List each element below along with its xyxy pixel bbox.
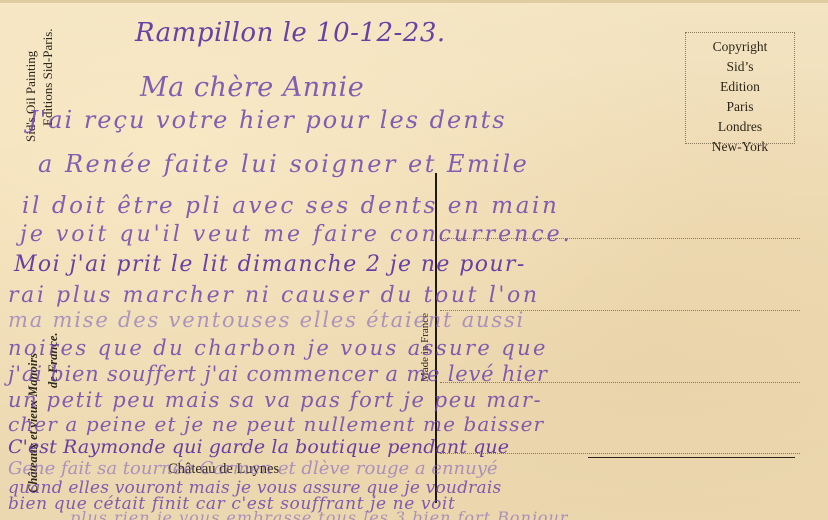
stamp-line: Londres xyxy=(718,117,762,137)
postcard-back: Copyright Sid’s Edition Paris Londres Ne… xyxy=(0,0,828,520)
handwritten-line: Ma chère Annie xyxy=(140,72,364,103)
handwritten-line: ma mise des ventouses elles étaient auss… xyxy=(8,308,525,332)
handwritten-line: je voit qu'il veut me faire concurrence. xyxy=(20,222,573,247)
handwritten-line: un petit peu mais sa va pas fort je peu … xyxy=(8,388,542,412)
handwritten-line: j'ai bien souffert j'ai commencer a me l… xyxy=(8,362,548,386)
handwritten-line: Moi j'ai prit le lit dimanche 2 je ne po… xyxy=(14,252,526,277)
handwritten-header: Rampillon le 10-12-23. xyxy=(135,18,446,48)
stamp-line: Sid’s xyxy=(726,57,753,77)
handwritten-line: cher a peine et je ne peut nullement me … xyxy=(8,412,544,436)
stamp-line: Edition xyxy=(720,77,760,97)
handwritten-line: plus rien je vous embrasse tous les 3 bi… xyxy=(70,508,568,520)
stamp-line: Paris xyxy=(727,97,754,117)
handwritten-line: il doit être pli avec ses dents en main xyxy=(22,193,559,219)
stamp-line: New-York xyxy=(712,137,768,157)
handwritten-line: rai plus marcher ni causer du tout l'on xyxy=(8,283,540,308)
handwritten-line: J'ai reçu votre hier pour les dents xyxy=(28,106,507,134)
handwritten-line: a Renée faite lui soigner et Emile xyxy=(38,150,529,178)
address-underline xyxy=(588,457,795,458)
handwritten-line: C'est Raymonde qui garde la boutique pen… xyxy=(8,436,509,458)
handwritten-line: Gene fait sa tournée Carmen et dlève rou… xyxy=(8,458,498,479)
stamp-box: Copyright Sid’s Edition Paris Londres Ne… xyxy=(685,32,795,144)
stamp-line: Copyright xyxy=(713,37,768,57)
card-edge xyxy=(0,0,828,3)
handwritten-line: noires que du charbon je vous assure que xyxy=(8,336,548,360)
